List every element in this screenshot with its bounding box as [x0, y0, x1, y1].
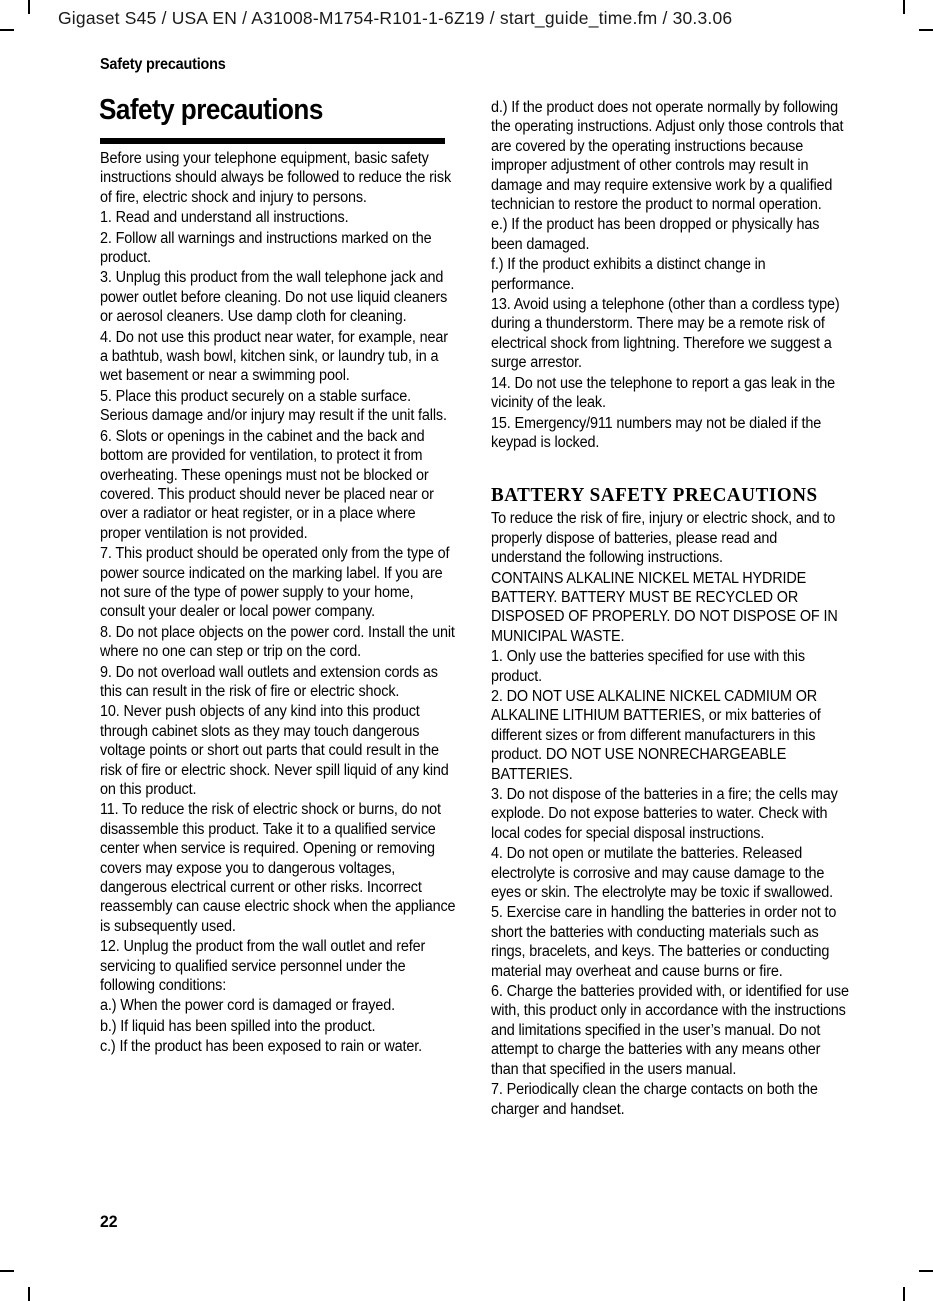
crop-mark-top-right-horizontal — [919, 29, 933, 31]
paragraph: CONTAINS ALKALINE NICKEL METAL HYDRIDE B… — [491, 569, 850, 647]
battery-section: BATTERY SAFETY PRECAUTIONS To reduce the… — [491, 484, 850, 1119]
crop-mark-top-left-horizontal — [0, 29, 14, 31]
crop-mark-top-right-vertical — [903, 0, 905, 14]
paragraph: b.) If liquid has been spilled into the … — [100, 1017, 459, 1036]
paragraph: 1. Read and understand all instructions. — [100, 208, 459, 227]
paragraph: 1. Only use the batteries specified for … — [491, 647, 850, 686]
paragraph: To reduce the risk of fire, injury or el… — [491, 509, 850, 567]
page-title: Safety precautions — [99, 94, 323, 127]
crop-mark-bottom-left-vertical — [28, 1287, 30, 1301]
paragraph: 13. Avoid using a telephone (other than … — [491, 295, 850, 373]
page-number: 22 — [100, 1212, 118, 1232]
paragraph: 10. Never push objects of any kind into … — [100, 702, 459, 799]
paragraph: 4. Do not use this product near water, f… — [100, 328, 459, 386]
title-rule — [100, 138, 445, 144]
paragraph: 4. Do not open or mutilate the batteries… — [491, 844, 850, 902]
paragraph: e.) If the product has been dropped or p… — [491, 215, 850, 254]
paragraph: a.) When the power cord is damaged or fr… — [100, 996, 459, 1015]
paragraph: 2. Follow all warnings and instructions … — [100, 229, 459, 268]
paragraph: 7. Periodically clean the charge contact… — [491, 1080, 850, 1119]
paragraph: 14. Do not use the telephone to report a… — [491, 374, 850, 413]
paragraph: 15. Emergency/911 numbers may not be dia… — [491, 414, 850, 453]
right-column-top: d.) If the product does not operate norm… — [491, 98, 850, 452]
crop-mark-bottom-left-horizontal — [0, 1270, 14, 1272]
crop-mark-bottom-right-vertical — [903, 1287, 905, 1301]
paragraph: 5. Exercise care in handling the batteri… — [491, 903, 850, 981]
crop-mark-top-left-vertical — [28, 0, 30, 14]
paragraph: Before using your telephone equipment, b… — [100, 149, 459, 207]
running-head: Safety precautions — [100, 56, 226, 74]
paragraph: d.) If the product does not operate norm… — [491, 98, 850, 214]
paragraph: 8. Do not place objects on the power cor… — [100, 623, 459, 662]
left-column: Before using your telephone equipment, b… — [100, 149, 459, 1058]
paragraph: 9. Do not overload wall outlets and exte… — [100, 663, 459, 702]
battery-section-body: To reduce the risk of fire, injury or el… — [491, 509, 850, 1119]
paragraph: f.) If the product exhibits a distinct c… — [491, 255, 850, 294]
paragraph: 3. Unplug this product from the wall tel… — [100, 268, 459, 326]
paragraph: 6. Slots or openings in the cabinet and … — [100, 427, 459, 543]
paragraph: 11. To reduce the risk of electric shock… — [100, 800, 459, 936]
document-info-line: Gigaset S45 / USA EN / A31008-M1754-R101… — [58, 8, 732, 29]
paragraph: 6. Charge the batteries provided with, o… — [491, 982, 850, 1079]
paragraph: 2. DO NOT USE ALKALINE NICKEL CADMIUM OR… — [491, 687, 850, 784]
right-column: d.) If the product does not operate norm… — [491, 98, 850, 1120]
crop-mark-bottom-right-horizontal — [919, 1270, 933, 1272]
paragraph: c.) If the product has been exposed to r… — [100, 1037, 459, 1056]
manual-page: Gigaset S45 / USA EN / A31008-M1754-R101… — [0, 0, 933, 1301]
battery-section-heading: BATTERY SAFETY PRECAUTIONS — [491, 484, 850, 507]
paragraph: 5. Place this product securely on a stab… — [100, 387, 459, 426]
paragraph: 7. This product should be operated only … — [100, 544, 459, 622]
paragraph: 12. Unplug the product from the wall out… — [100, 937, 459, 995]
paragraph: 3. Do not dispose of the batteries in a … — [491, 785, 850, 843]
